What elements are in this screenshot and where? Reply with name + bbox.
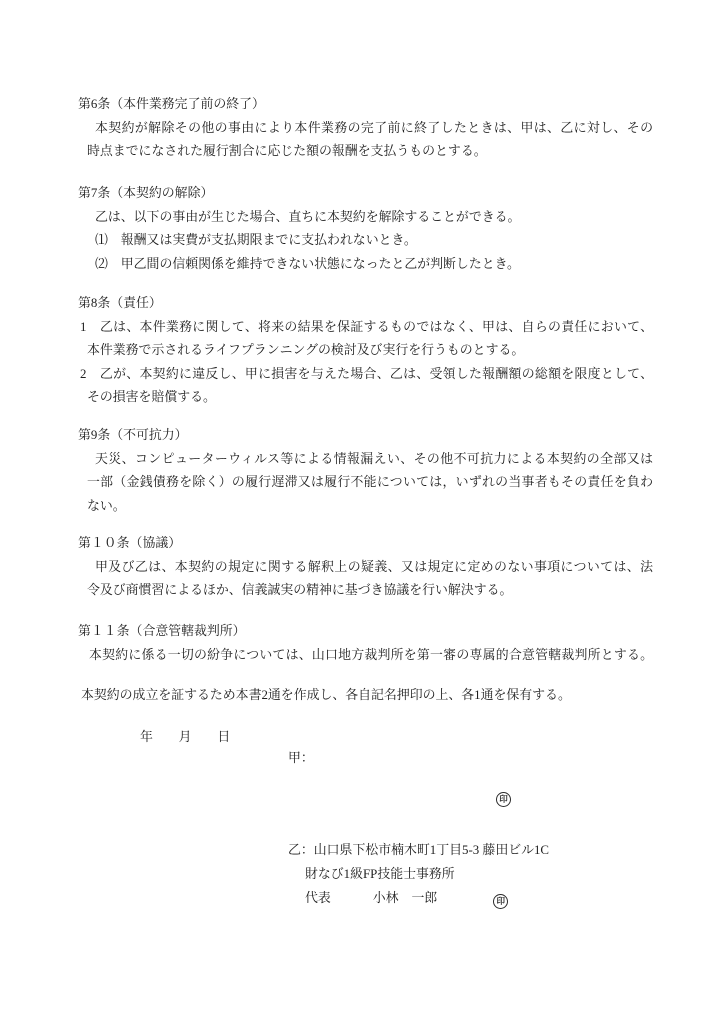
article-9: 第9条（不可抗力） 天災、コンピューターウィルス等による情報漏えい、その他不可抗…	[78, 424, 653, 518]
otsu-seal-stamp-icon: 印	[493, 894, 508, 909]
article-6-heading: 第6条（本件業務完了前の終了）	[78, 93, 653, 117]
article-9-line-1: 天災、コンピューターウィルス等による情報漏えい、その他不可抗力による本契約の全部…	[78, 448, 653, 472]
article-8: 第8条（責任） 1 乙は、本件業務に関して、将来の結果を保証するものではなく、甲…	[78, 292, 653, 410]
article-6-line-1: 本契約が解除その他の事由により本件業務の完了前に終了したときは、甲は、乙に対し、…	[78, 117, 653, 141]
article-8-clause-2-line-1: 2 乙が、本契約に違反し、甲に損害を与えた場合、乙は、受領した報酬額の総額を限度…	[78, 363, 653, 387]
article-10-heading: 第１０条（協議）	[78, 532, 653, 556]
article-6-line-2: 時点までになされた履行割合に応じた額の報酬を支払うものとする。	[78, 140, 653, 164]
article-9-line-2: 一部（金銭債務を除く）の履行遅滞又は履行不能については，いずれの当事者もその責任…	[78, 471, 653, 495]
article-7: 第7条（本契約の解除） 乙は、以下の事由が生じた場合、直ちに本契約を解除すること…	[78, 182, 653, 276]
article-8-heading: 第8条（責任）	[78, 292, 653, 316]
article-6: 第6条（本件業務完了前の終了） 本契約が解除その他の事由により本件業務の完了前に…	[78, 93, 653, 164]
otsu-rep-label: 代表	[305, 891, 331, 905]
article-8-clause-2-line-2: その損害を賠償する。	[78, 386, 653, 410]
contract-document-page: 第6条（本件業務完了前の終了） 本契約が解除その他の事由により本件業務の完了前に…	[0, 0, 724, 1024]
article-10: 第１０条（協議） 甲及び乙は、本契約の規定に関する解釈上の疑義、又は規定に定めの…	[78, 532, 653, 603]
otsu-address: 山口県下松市楠木町1丁目5-3 藤田ビル1C	[314, 843, 549, 857]
article-8-clause-1-line-1: 1 乙は、本件業務に関して、将来の結果を保証するものではなく、甲は、自らの責任に…	[78, 316, 653, 340]
kou-seal-stamp-icon: 印	[496, 792, 511, 807]
article-9-heading: 第9条（不可抗力）	[78, 424, 653, 448]
otsu-seal-character: 印	[496, 897, 505, 906]
article-7-heading: 第7条（本契約の解除）	[78, 182, 653, 206]
closing-statement-line: 本契約の成立を証するため本書2通を作成し、各自記名押印の上、各1通を保有する。	[78, 684, 653, 708]
article-10-line-2: 令及び商慣習によるほか、信義誠実の精神に基づき協議を行い解決する。	[78, 579, 653, 603]
article-7-item-2: ⑵ 甲乙間の信頼関係を維持できない状態になったと乙が判断したとき。	[78, 253, 653, 277]
otsu-representative-row: 代表小林 一郎印	[305, 886, 549, 910]
closing-statement: 本契約の成立を証するため本書2通を作成し、各自記名押印の上、各1通を保有する。	[78, 684, 653, 708]
party-otsu-label: 乙：	[288, 843, 314, 857]
party-otsu-block: 乙：山口県下松市楠木町1丁目5-3 藤田ビル1C 財なび1級FP技能士事務所 代…	[288, 838, 549, 910]
date-line: 年 月 日	[140, 726, 230, 749]
article-10-line-1: 甲及び乙は、本契約の規定に関する解釈上の疑義、又は規定に定めのない事項については…	[78, 556, 653, 580]
otsu-office: 財なび1級FP技能士事務所	[305, 862, 549, 886]
kou-seal-character: 印	[499, 795, 508, 804]
article-9-line-3: ない。	[78, 495, 653, 519]
otsu-address-row: 乙：山口県下松市楠木町1丁目5-3 藤田ビル1C	[288, 838, 549, 862]
article-11-heading: 第１１条（合意管轄裁判所）	[78, 620, 653, 644]
otsu-rep-name: 小林 一郎	[373, 891, 437, 905]
party-kou-label: 甲：	[288, 747, 314, 770]
article-7-item-1: ⑴ 報酬又は実費が支払期限までに支払われないとき。	[78, 229, 653, 253]
article-11: 第１１条（合意管轄裁判所） 本契約に係る一切の紛争については、山口地方裁判所を第…	[78, 620, 653, 667]
article-11-line-1: 本契約に係る一切の紛争については、山口地方裁判所を第一審の専属的合意管轄裁判所と…	[78, 644, 653, 668]
article-8-clause-1-line-2: 本件業務で示されるライフプランニングの検討及び実行を行うものとする。	[78, 339, 653, 363]
article-7-line-1: 乙は、以下の事由が生じた場合、直ちに本契約を解除することができる。	[78, 206, 653, 230]
